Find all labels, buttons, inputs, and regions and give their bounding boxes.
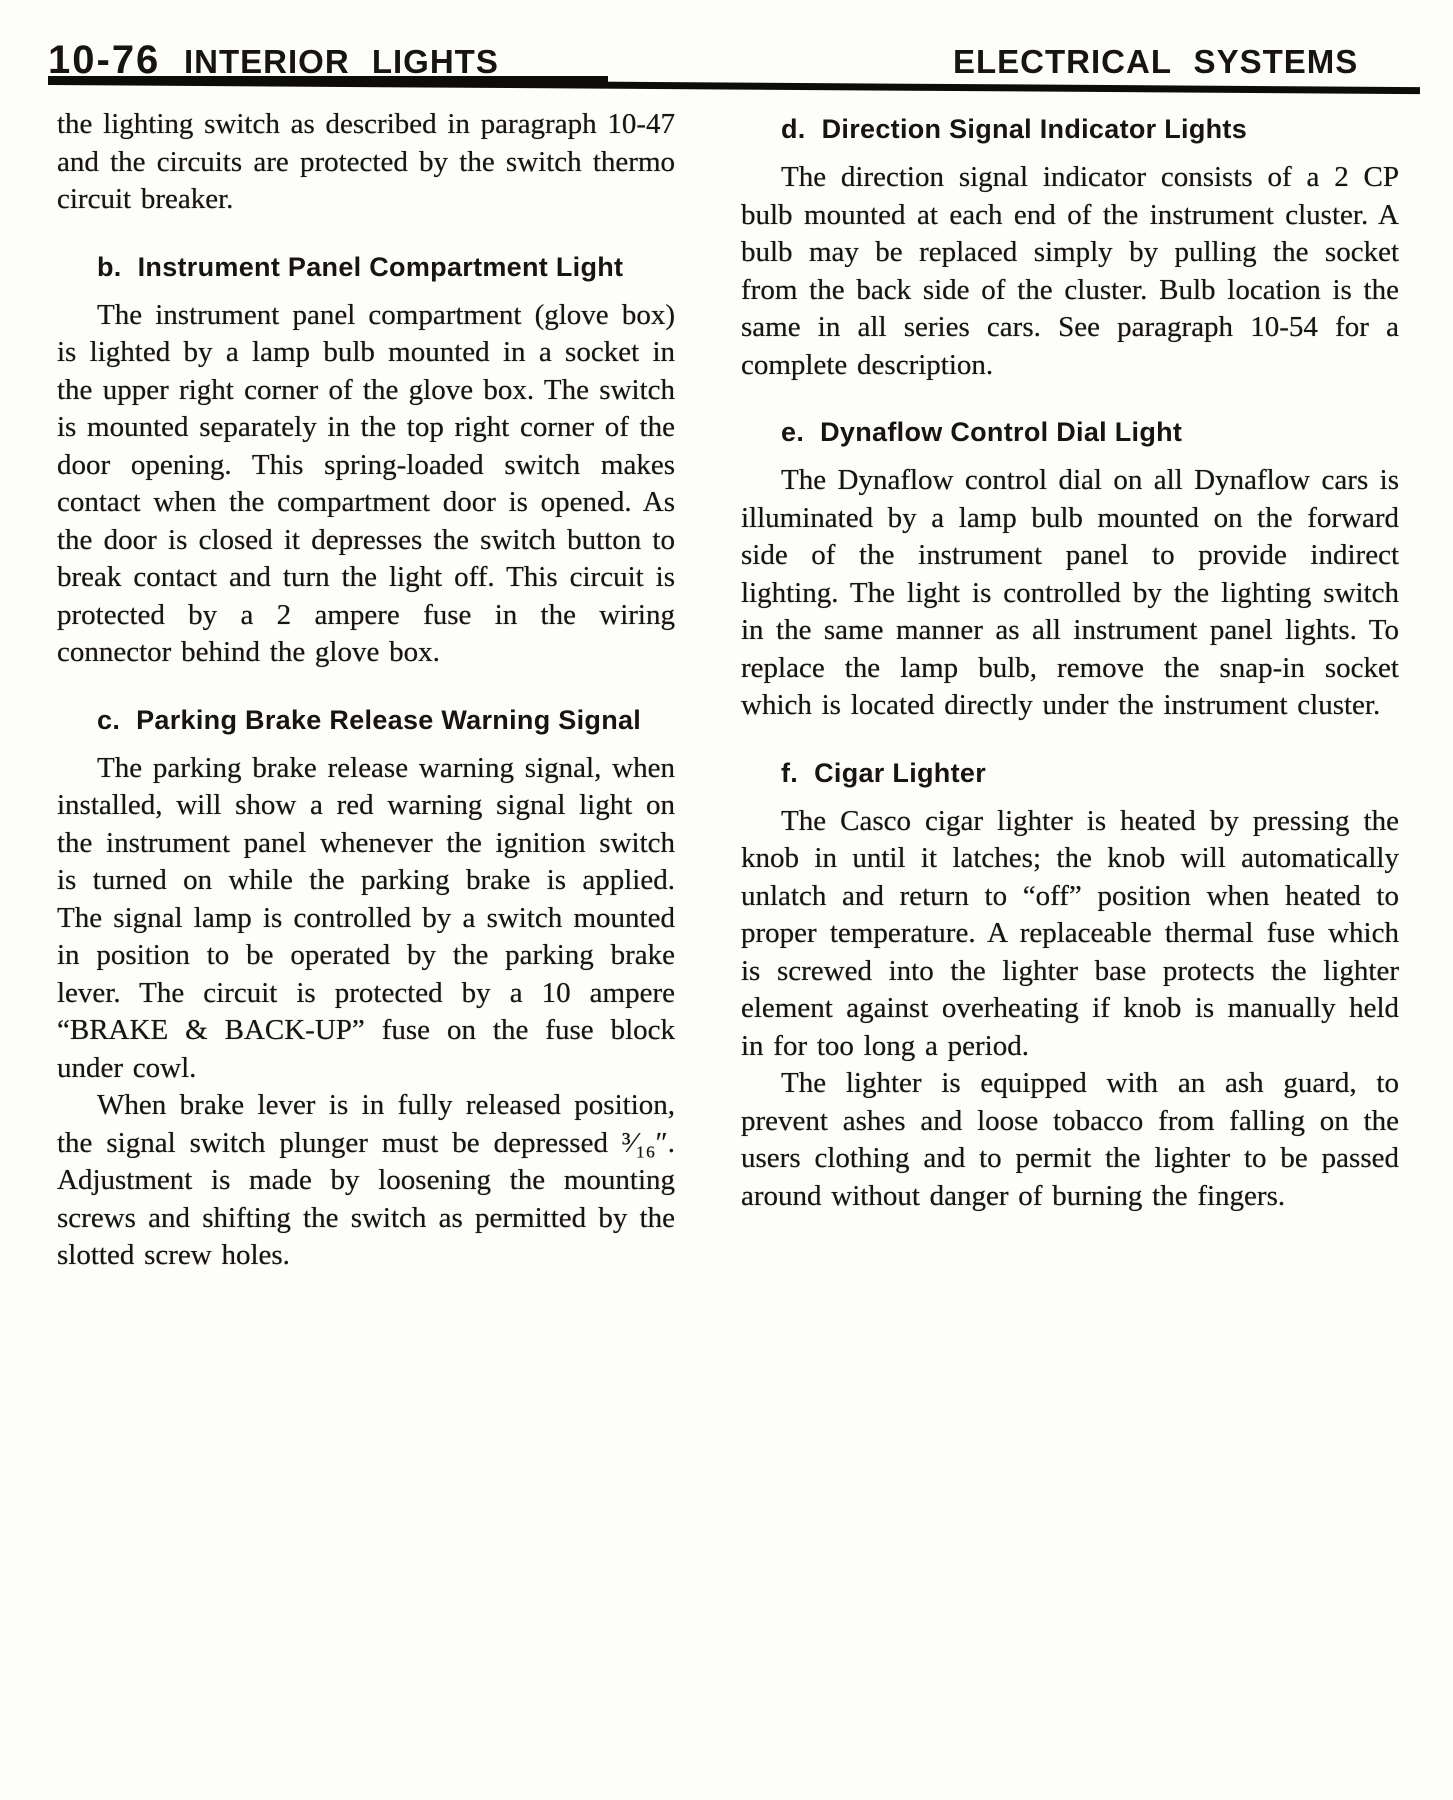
section-heading: d.Direction Signal Indicator Lights <box>781 114 1399 144</box>
section-heading-text: Parking Brake Release Warning Signal <box>136 705 641 735</box>
body-paragraph: The lighter is equipped with an ash guar… <box>741 1065 1399 1215</box>
section-heading-text: Dynaflow Control Dial Light <box>820 417 1182 447</box>
section-letter: e. <box>781 417 804 447</box>
section-heading-text: Cigar Lighter <box>814 758 986 788</box>
body-paragraph: the lighting switch as described in para… <box>57 106 675 219</box>
section-letter: b. <box>97 252 122 282</box>
section-letter: d. <box>781 114 806 144</box>
body-paragraph: The direction signal indicator consists … <box>741 159 1399 384</box>
body-paragraph: The Dynaflow control dial on all Dynaflo… <box>741 462 1399 725</box>
section-letter: f. <box>781 758 798 788</box>
body-paragraph: The Casco cigar lighter is heated by pre… <box>741 803 1399 1066</box>
section-letter: c. <box>97 705 120 735</box>
body-paragraph: The parking brake release warning signal… <box>57 750 675 1088</box>
left-column: the lighting switch as described in para… <box>57 106 675 1275</box>
section-heading: e.Dynaflow Control Dial Light <box>781 417 1399 447</box>
right-column: d.Direction Signal Indicator LightsThe d… <box>741 106 1399 1275</box>
section-heading: f.Cigar Lighter <box>781 758 1399 788</box>
section-heading: b.Instrument Panel Compartment Light <box>97 252 675 282</box>
section-heading-text: Direction Signal Indicator Lights <box>822 114 1247 144</box>
running-head-right: ELECTRICAL SYSTEMS <box>953 43 1358 81</box>
section-heading: c.Parking Brake Release Warning Signal <box>97 705 675 735</box>
body-paragraph: When brake lever is in fully released po… <box>57 1087 675 1275</box>
body-paragraph: The instrument panel compartment (glove … <box>57 297 675 672</box>
page-body: the lighting switch as described in para… <box>57 106 1399 1275</box>
manual-page: 10-76 INTERIOR LIGHTS ELECTRICAL SYSTEMS… <box>0 0 1453 1800</box>
section-heading-text: Instrument Panel Compartment Light <box>138 252 624 282</box>
